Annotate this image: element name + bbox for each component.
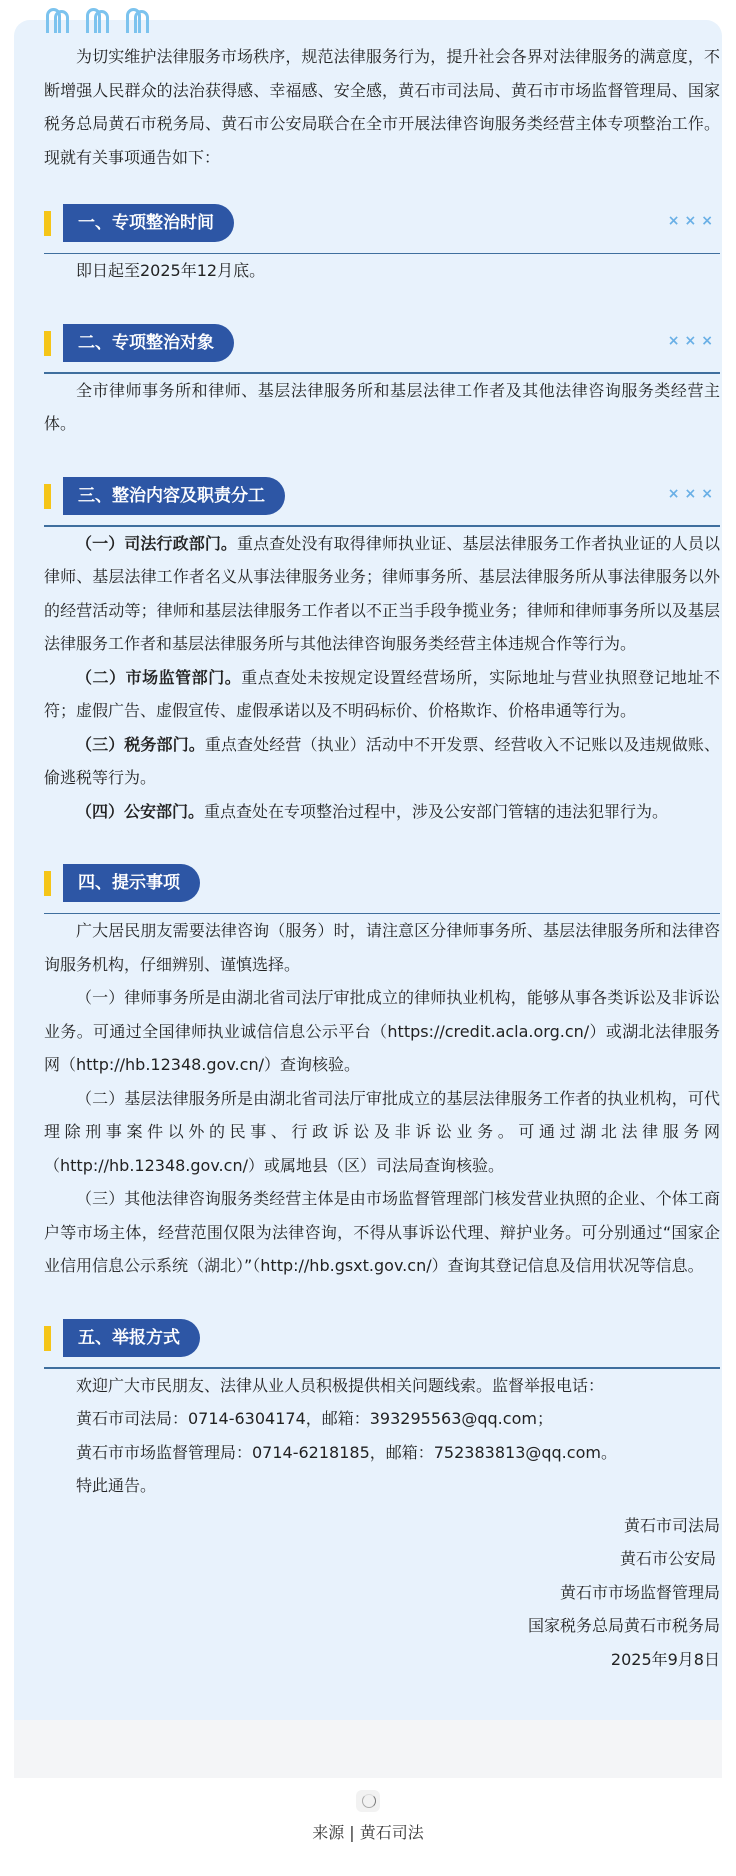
signature-org: 黄石市公安局	[44, 1542, 720, 1576]
contact-line: 黄石市市场监督管理局：0714-6218185，邮箱：752383813@qq.…	[44, 1436, 720, 1470]
cross-marks-icon: ×××	[668, 486, 718, 502]
paragraph: （二）基层法律服务所是由湖北省司法厅审批成立的基层法律服务工作者的执业机构，可代…	[44, 1082, 720, 1183]
signature-org: 黄石市司法局	[44, 1509, 720, 1543]
paragraph: 全市律师事务所和律师、基层法律服务所和基层法律工作者及其他法律咨询服务类经营主体…	[44, 374, 720, 441]
signature-date: 2025年9月8日	[44, 1643, 720, 1677]
notice-content: 为切实维护法律服务市场秩序，规范法律服务行为，提升社会各界对法律服务的满意度，不…	[44, 40, 720, 1676]
page-footer: 来源 | 黄石司法	[0, 1790, 736, 1843]
section-header-5: 五、举报方式	[44, 1313, 720, 1363]
card-footer-band	[14, 1720, 722, 1778]
paragraph: （一）律师事务所是由湖北省司法厅审批成立的律师执业机构，能够从事各类诉讼及非诉讼…	[44, 981, 720, 1082]
duty-text: 重点查处在专项整治过程中，涉及公安部门管辖的违法犯罪行为。	[204, 802, 668, 821]
spinner-icon	[362, 1794, 376, 1808]
section-body-2: 全市律师事务所和律师、基层法律服务所和基层法律工作者及其他法律咨询服务类经营主体…	[44, 368, 720, 441]
divider	[44, 913, 720, 915]
signature-block: 黄石市司法局 黄石市公安局 黄石市市场监督管理局 国家税务总局黄石市税务局 20…	[44, 1509, 720, 1677]
decorative-rings	[46, 6, 144, 36]
duty-item: （一）司法行政部门。重点查处没有取得律师执业证、基层法律服务工作者执业证的人员以…	[44, 527, 720, 661]
signature-org: 黄石市市场监督管理局	[44, 1576, 720, 1610]
paragraph: （三）其他法律咨询服务类经营主体是由市场监督管理部门核发营业执照的企业、个体工商…	[44, 1182, 720, 1283]
cross-marks-icon: ×××	[668, 213, 718, 229]
source-label: 来源 | 黄石司法	[0, 1820, 736, 1843]
section-header-4: 四、提示事项	[44, 858, 720, 908]
accent-bar	[44, 211, 51, 236]
paragraph: 广大居民朋友需要法律咨询（服务）时，请注意区分律师事务所、基层法律服务所和法律咨…	[44, 914, 720, 981]
signature-org: 国家税务总局黄石市税务局	[44, 1609, 720, 1643]
paragraph: 欢迎广大市民朋友、法律从业人员积极提供相关问题线索。监督举报电话：	[44, 1369, 720, 1403]
intro-paragraph: 为切实维护法律服务市场秩序，规范法律服务行为，提升社会各界对法律服务的满意度，不…	[44, 40, 720, 174]
section-body-4: 广大居民朋友需要法律咨询（服务）时，请注意区分律师事务所、基层法律服务所和法律咨…	[44, 908, 720, 1283]
section-title: 四、提示事项	[63, 864, 200, 902]
divider	[44, 372, 720, 374]
section-body-5: 欢迎广大市民朋友、法律从业人员积极提供相关问题线索。监督举报电话： 黄石市司法局…	[44, 1363, 720, 1503]
loading-indicator	[356, 1790, 380, 1812]
ring-icon	[126, 6, 144, 32]
divider	[44, 1367, 720, 1369]
ring-icon	[46, 6, 64, 32]
section-title: 二、专项整治对象	[63, 324, 234, 362]
duty-lead: （三）税务部门。	[76, 735, 205, 754]
section-body-3: （一）司法行政部门。重点查处没有取得律师执业证、基层法律服务工作者执业证的人员以…	[44, 521, 720, 829]
section-title: 三、整治内容及职责分工	[63, 477, 285, 515]
duty-item: （三）税务部门。重点查处经营（执业）活动中不开发票、经营收入不记账以及违规做账、…	[44, 728, 720, 795]
accent-bar	[44, 1326, 51, 1351]
accent-bar	[44, 871, 51, 896]
duty-lead: （二）市场监管部门。	[76, 668, 241, 687]
cross-marks-icon: ×××	[668, 333, 718, 349]
divider	[44, 525, 720, 527]
divider	[44, 253, 720, 255]
contact-line: 黄石市司法局：0714-6304174，邮箱：393295563@qq.com；	[44, 1402, 720, 1436]
paragraph: 特此通告。	[44, 1469, 720, 1503]
duty-lead: （四）公安部门。	[76, 802, 204, 821]
notice-card: 为切实维护法律服务市场秩序，规范法律服务行为，提升社会各界对法律服务的满意度，不…	[14, 20, 722, 1720]
section-header-3: 三、整治内容及职责分工 ×××	[44, 471, 720, 521]
accent-bar	[44, 484, 51, 509]
section-header-2: 二、专项整治对象 ×××	[44, 318, 720, 368]
section-header-1: 一、专项整治时间 ×××	[44, 198, 720, 248]
duty-lead: （一）司法行政部门。	[76, 534, 237, 553]
duty-item: （二）市场监管部门。重点查处未按规定设置经营场所，实际地址与营业执照登记地址不符…	[44, 661, 720, 728]
accent-bar	[44, 331, 51, 356]
section-title: 一、专项整治时间	[63, 204, 234, 242]
ring-icon	[86, 6, 104, 32]
duty-item: （四）公安部门。重点查处在专项整治过程中，涉及公安部门管辖的违法犯罪行为。	[44, 795, 720, 829]
paragraph: 即日起至2025年12月底。	[44, 254, 720, 288]
section-title: 五、举报方式	[63, 1319, 200, 1357]
